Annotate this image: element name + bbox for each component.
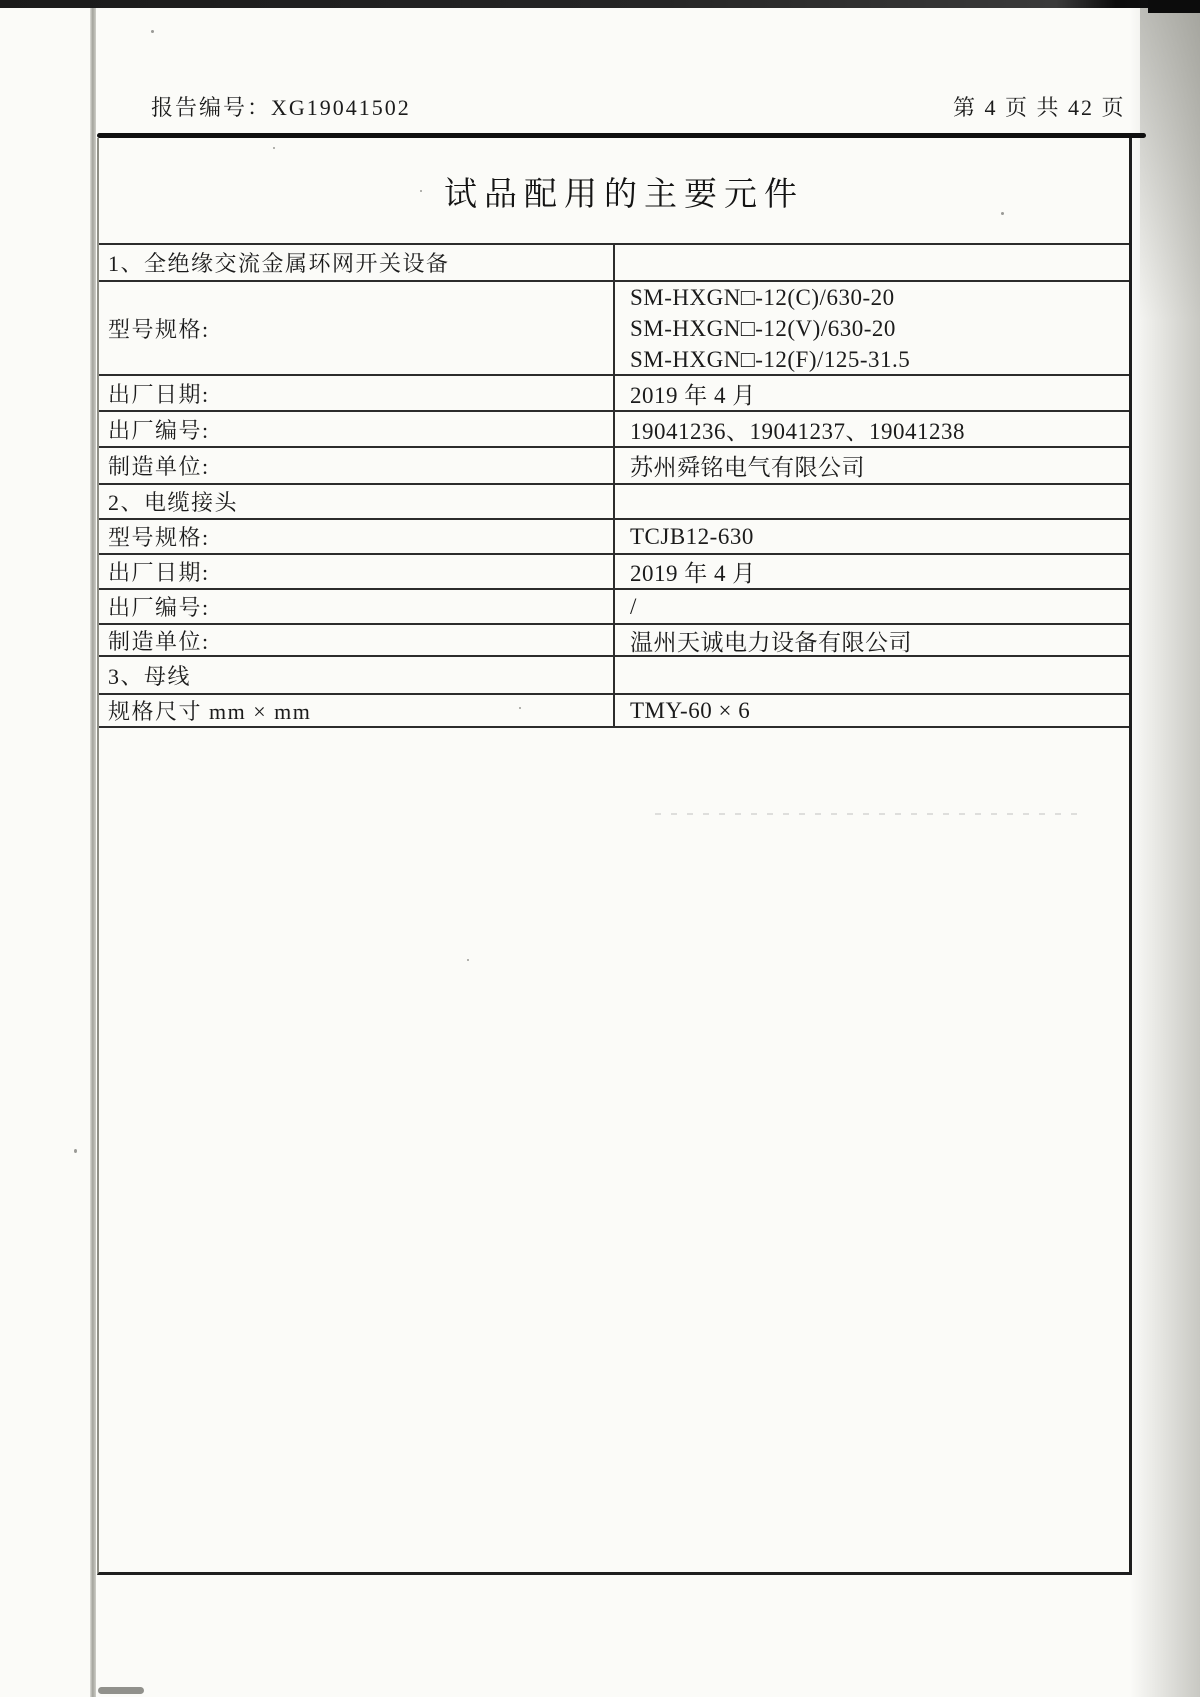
report-number-line: 报告编号：XG19041502	[151, 91, 411, 122]
row-value: 2019 年 4 月	[615, 555, 1129, 588]
table-row-section-3: 3、母线	[99, 655, 1129, 693]
scan-smudge	[98, 1687, 144, 1694]
content-box: 试品配用的主要元件 1、全绝缘交流金属环网开关设备 型号规格: SM-HXGN□…	[97, 138, 1132, 1575]
row-value: 苏州舜铭电气有限公司	[615, 448, 1129, 483]
row-label: 制造单位:	[99, 448, 615, 483]
table-row-busbar-size: 规格尺寸 mm × mm TMY-60 × 6	[99, 693, 1129, 728]
row-label: 型号规格:	[99, 520, 615, 553]
table-row-manufacturer-2: 制造单位: 温州天诚电力设备有限公司	[99, 623, 1129, 655]
row-label: 出厂日期:	[99, 555, 615, 588]
row-label: 出厂日期:	[99, 376, 615, 410]
model-line-1: SM-HXGN□-12(C)/630-20	[630, 282, 895, 313]
row-value: TMY-60 × 6	[615, 695, 1129, 726]
table-row-serial-no-2: 出厂编号: /	[99, 588, 1129, 623]
row-value	[615, 245, 1129, 280]
model-line-3: SM-HXGN□-12(F)/125-31.5	[630, 344, 910, 375]
report-number-value: XG19041502	[271, 95, 411, 120]
page-indicator: 第 4 页 共 42 页	[953, 91, 1126, 122]
scan-left-margin	[0, 0, 92, 1697]
table-row-mfg-date-2: 出厂日期: 2019 年 4 月	[99, 553, 1129, 588]
row-value: 19041236、19041237、19041238	[615, 412, 1129, 446]
scan-speck	[151, 30, 154, 33]
table-row-manufacturer: 制造单位: 苏州舜铭电气有限公司	[99, 446, 1129, 483]
row-value: 2019 年 4 月	[615, 376, 1129, 410]
document-title: 试品配用的主要元件	[99, 168, 1129, 215]
components-table: 1、全绝缘交流金属环网开关设备 型号规格: SM-HXGN□-12(C)/630…	[99, 243, 1129, 728]
table-row-model-spec: 型号规格: SM-HXGN□-12(C)/630-20 SM-HXGN□-12(…	[99, 280, 1129, 374]
row-value: SM-HXGN□-12(C)/630-20 SM-HXGN□-12(V)/630…	[615, 282, 1129, 374]
row-label: 出厂编号:	[99, 590, 615, 623]
table-row-model-spec-2: 型号规格: TCJB12-630	[99, 518, 1129, 553]
row-value: 温州天诚电力设备有限公司	[615, 625, 1129, 655]
report-number-label: 报告编号：	[151, 95, 271, 120]
scan-speck	[74, 1149, 77, 1153]
section-label: 1、全绝缘交流金属环网开关设备	[99, 245, 615, 280]
table-row-section-2: 2、电缆接头	[99, 483, 1129, 518]
row-label: 型号规格:	[99, 282, 615, 374]
scanned-report-page: 报告编号：XG19041502 第 4 页 共 42 页 试品配用的主要元件 1…	[0, 0, 1200, 1697]
row-value: TCJB12-630	[615, 520, 1129, 553]
row-value: /	[615, 590, 1129, 623]
model-line-2: SM-HXGN□-12(V)/630-20	[630, 313, 896, 344]
scan-top-bar-corner	[1148, 0, 1200, 13]
row-value	[615, 657, 1129, 693]
row-label: 制造单位:	[99, 625, 615, 655]
scan-crease-line	[90, 0, 96, 1697]
section-label: 3、母线	[99, 657, 615, 693]
table-row-mfg-date: 出厂日期: 2019 年 4 月	[99, 374, 1129, 410]
table-row-section-1: 1、全绝缘交流金属环网开关设备	[99, 243, 1129, 280]
row-label: 规格尺寸 mm × mm	[99, 695, 615, 726]
scan-right-top-shadow	[1140, 0, 1200, 320]
scan-top-bar	[0, 0, 1200, 8]
row-label: 出厂编号:	[99, 412, 615, 446]
table-row-serial-no: 出厂编号: 19041236、19041237、19041238	[99, 410, 1129, 446]
row-value	[615, 485, 1129, 518]
section-label: 2、电缆接头	[99, 485, 615, 518]
